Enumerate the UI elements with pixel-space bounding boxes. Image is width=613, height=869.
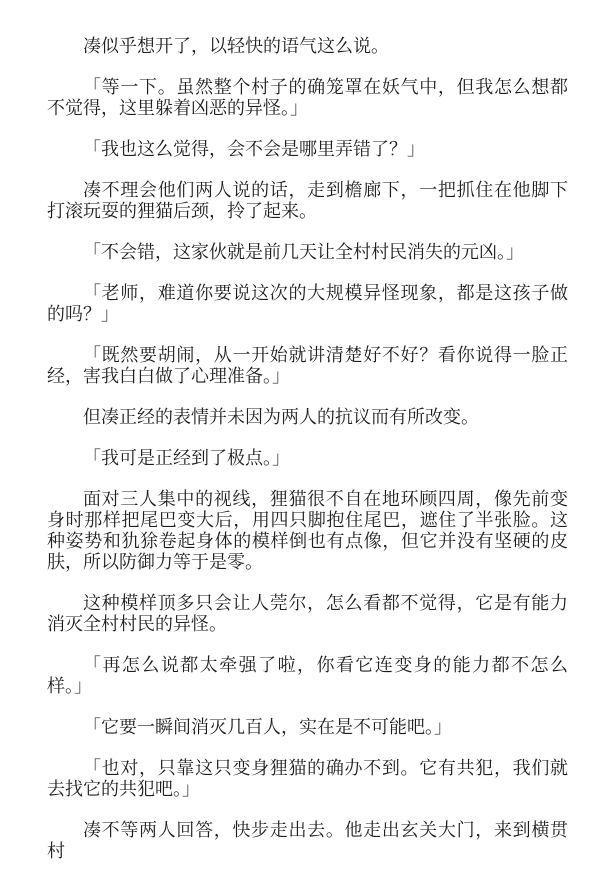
paragraph: 「我可是正经到了极点。」 <box>47 448 568 469</box>
paragraph: 「它要一瞬间消灭几百人，实在是不可能吧。」 <box>47 717 568 738</box>
paragraph: 「再怎么说都太牵强了啦，你看它连变身的能力都不怎么样。」 <box>47 655 568 697</box>
paragraph: 面对三人集中的视线，狸猫很不自在地环顾四周，像先前变身时那样把尾巴变大后，用四只… <box>47 489 568 573</box>
paragraph: 「等一下。虽然整个村子的确笼罩在妖气中，但我怎么想都不觉得，这里躲着凶恶的异怪。… <box>47 77 568 119</box>
paragraph: 「不会错，这家伙就是前几天让全村村民消失的元凶。」 <box>47 242 568 263</box>
document-page: 凑似乎想开了，以轻快的语气这么说。 「等一下。虽然整个村子的确笼罩在妖气中，但我… <box>0 0 613 869</box>
paragraph: 「老师，难道你要说这次的大规模异怪现象，都是这孩子做的吗？」 <box>47 283 568 325</box>
paragraph: 凑不理会他们两人说的话，走到檐廊下，一把抓住在他脚下打滚玩耍的狸猫后颈，拎了起来… <box>47 180 568 222</box>
paragraph: 凑不等两人回答，快步走出去。他走出玄关大门，来到横贯村 <box>47 820 568 862</box>
paragraph: 「我也这么觉得，会不会是哪里弄错了？」 <box>47 139 568 160</box>
paragraph: 但凑正经的表情并未因为两人的抗议而有所改变。 <box>47 407 568 428</box>
paragraph: 「既然要胡闹，从一开始就讲清楚好不好？看你说得一脸正经，害我白白做了心理准备。」 <box>47 345 568 387</box>
paragraph: 凑似乎想开了，以轻快的语气这么说。 <box>47 36 568 57</box>
paragraph: 「也对，只靠这只变身狸猫的确办不到。它有共犯，我们就去找它的共犯吧。」 <box>47 758 568 800</box>
paragraph: 这种模样顶多只会让人莞尔，怎么看都不觉得，它是有能力消灭全村村民的异怪。 <box>47 593 568 635</box>
